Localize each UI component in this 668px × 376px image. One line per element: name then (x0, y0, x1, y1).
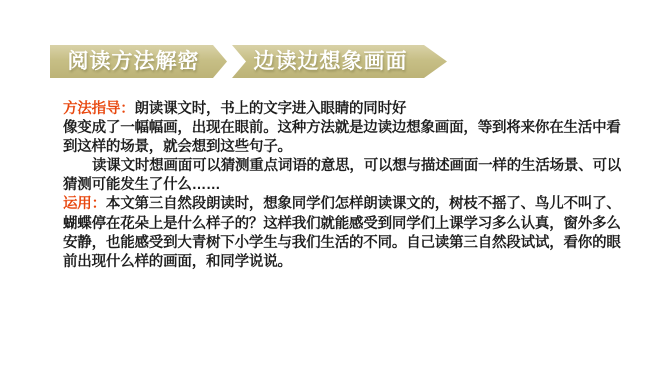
imagine-while-reading-text: 读课文时想画面可以猜测重点词语的意思，可以想与描述画面一样的生活场景、可以 猜测… (63, 158, 621, 193)
application-text: 本文第三自然段朗读时，想象同学们怎样朗读课文的，树枝不摇了、鸟儿不叫了、 蝴蝶停… (63, 196, 621, 269)
header-banner-reading-method-arrow: 阅读方法解密 (50, 45, 227, 78)
method-guidance-paragraph: 方法指导：朗读课文时，书上的文字进入眼睛的同时好 像变成了一幅幅画，出现在眼前。… (63, 100, 635, 157)
method-guidance-label: 方法指导： (63, 101, 135, 117)
application-paragraph: 运用：本文第三自然段朗读时，想象同学们怎样朗读课文的，树枝不摇了、鸟儿不叫了、 … (63, 195, 635, 271)
presentation-slide: 阅读方法解密 边读边想象画面 方法指导：朗读课文时，书上的文字进入眼睛的同时好 … (0, 0, 668, 376)
application-label: 运用： (63, 196, 106, 212)
header-banner-imagine-picture-arrow: 边读边想象画面 (232, 45, 447, 78)
header-banner-reading-method-label: 阅读方法解密 (68, 50, 200, 73)
slide-body-text: 方法指导：朗读课文时，书上的文字进入眼睛的同时好 像变成了一幅幅画，出现在眼前。… (63, 100, 635, 272)
imagine-while-reading-paragraph: 读课文时想画面可以猜测重点词语的意思，可以想与描述画面一样的生活场景、可以 猜测… (63, 157, 635, 195)
header-banner-imagine-picture-label: 边读边想象画面 (254, 50, 408, 73)
method-guidance-text: 朗读课文时，书上的文字进入眼睛的同时好 像变成了一幅幅画，出现在眼前。这种方法就… (63, 101, 621, 155)
